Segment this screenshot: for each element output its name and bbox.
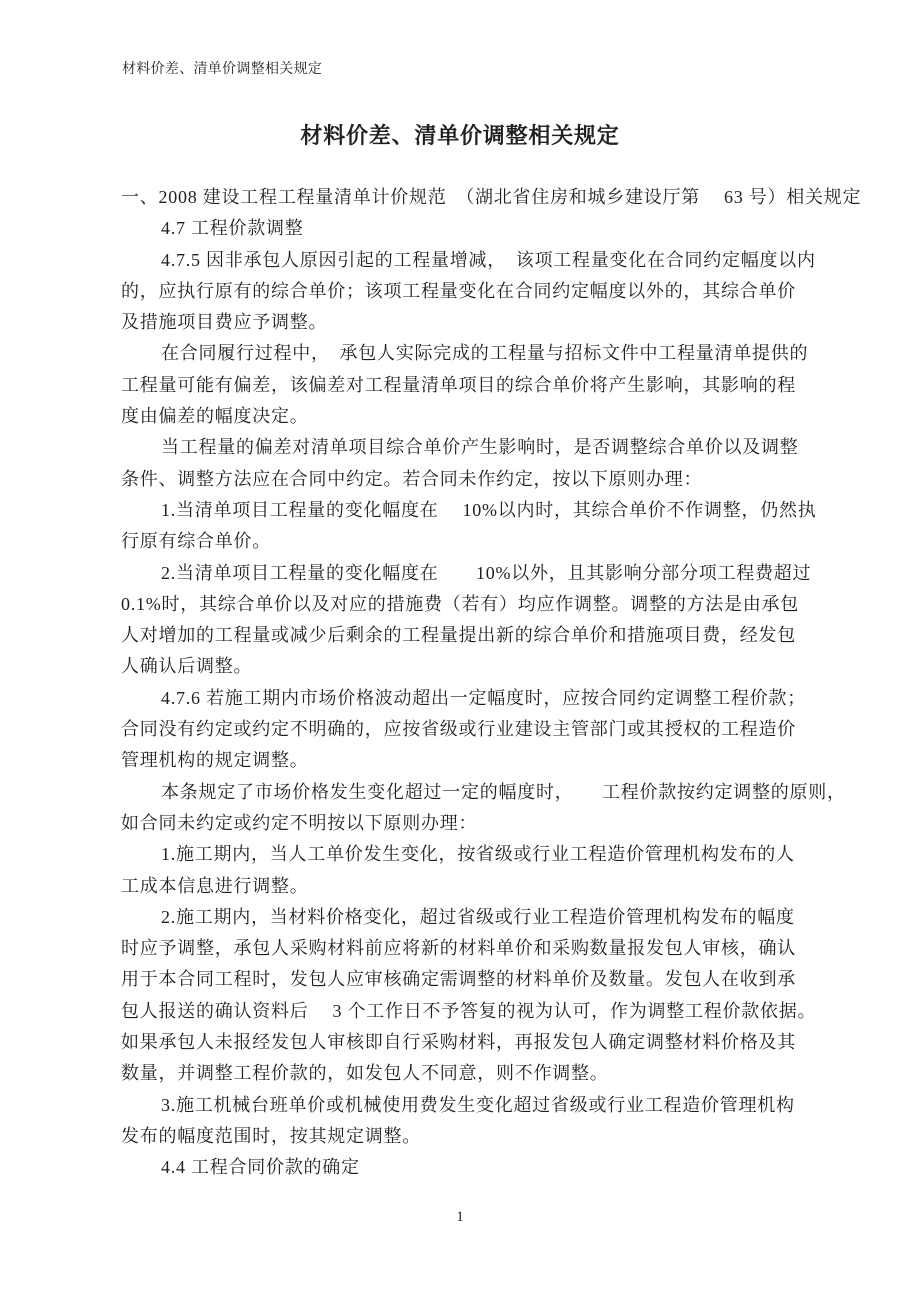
text-line: 人对增加的工程量或减少后剩余的工程量提出新的综合单价和措施项目费，经发包 [121, 620, 821, 651]
text-line: 及措施项目费应予调整。 [121, 307, 821, 338]
document-title: 材料价差、清单价调整相关规定 [0, 119, 920, 150]
text-line: 本条规定了市场价格发生变化超过一定的幅度时， 工程价款按约定调整的原则， [121, 777, 821, 808]
text-line: 度由偏差的幅度决定。 [121, 401, 821, 432]
text-line: 合同没有约定或约定不明确的，应按省级或行业建设主管部门或其授权的工程造价 [121, 714, 821, 745]
text-line: 行原有综合单价。 [121, 526, 821, 557]
text-line: 0.1%时，其综合单价以及对应的措施费（若有）均应作调整。调整的方法是由承包 [121, 589, 821, 620]
text-line: 一、2008 建设工程工程量清单计价规范 （湖北省住房和城乡建设厅第 63 号）… [121, 182, 821, 213]
text-line: 2.当清单项目工程量的变化幅度在 10%以外，且其影响分部分项工程费超过 [121, 558, 821, 589]
text-line: 4.7.6 若施工期内市场价格波动超出一定幅度时，应按合同约定调整工程价款； [121, 683, 821, 714]
text-line: 2.施工期内，当材料价格变化，超过省级或行业工程造价管理机构发布的幅度 [121, 902, 821, 933]
text-line: 发布的幅度范围时，按其规定调整。 [121, 1121, 821, 1152]
text-line: 包人报送的确认资料后 3 个工作日不予答复的视为认可，作为调整工程价款依据。 [121, 996, 821, 1027]
text-line: 4.4 工程合同价款的确定 [121, 1152, 821, 1183]
text-line: 管理机构的规定调整。 [121, 745, 821, 776]
text-line: 的，应执行原有的综合单价；该项工程量变化在合同约定幅度以外的，其综合单价 [121, 276, 821, 307]
text-line: 如果承包人未报经发包人审核即自行采购材料，再报发包人确定调整材料价格及其 [121, 1027, 821, 1058]
text-line: 时应予调整，承包人采购材料前应将新的材料单价和采购数量报发包人审核，确认 [121, 933, 821, 964]
text-line: 4.7.5 因非承包人原因引起的工程量增减， 该项工程量变化在合同约定幅度以内 [121, 245, 821, 276]
text-line: 工成本信息进行调整。 [121, 871, 821, 902]
text-line: 在合同履行过程中， 承包人实际完成的工程量与招标文件中工程量清单提供的 [121, 338, 821, 369]
text-line: 用于本合同工程时，发包人应审核确定需调整的材料单价及数量。发包人在收到承 [121, 964, 821, 995]
text-line: 如合同未约定或约定不明按以下原则办理： [121, 808, 821, 839]
page-number: 1 [0, 1207, 920, 1227]
text-line: 3.施工机械台班单价或机械使用费发生变化超过省级或行业工程造价管理机构 [121, 1090, 821, 1121]
text-line: 1.当清单项目工程量的变化幅度在 10%以内时，其综合单价不作调整，仍然执 [121, 495, 821, 526]
document-page: 材料价差、清单价调整相关规定 材料价差、清单价调整相关规定 一、2008 建设工… [0, 0, 920, 1303]
running-header: 材料价差、清单价调整相关规定 [122, 61, 322, 79]
text-line: 人确认后调整。 [121, 651, 821, 682]
document-body: 一、2008 建设工程工程量清单计价规范 （湖北省住房和城乡建设厅第 63 号）… [121, 182, 821, 1184]
text-line: 当工程量的偏差对清单项目综合单价产生影响时，是否调整综合单价以及调整 [121, 432, 821, 463]
text-line: 4.7 工程价款调整 [121, 213, 821, 244]
text-line: 1.施工期内，当人工单价发生变化，按省级或行业工程造价管理机构发布的人 [121, 839, 821, 870]
text-line: 工程量可能有偏差，该偏差对工程量清单项目的综合单价将产生影响，其影响的程 [121, 370, 821, 401]
text-line: 条件、调整方法应在合同中约定。若合同未作约定，按以下原则办理： [121, 464, 821, 495]
text-line: 数量，并调整工程价款的，如发包人不同意，则不作调整。 [121, 1058, 821, 1089]
